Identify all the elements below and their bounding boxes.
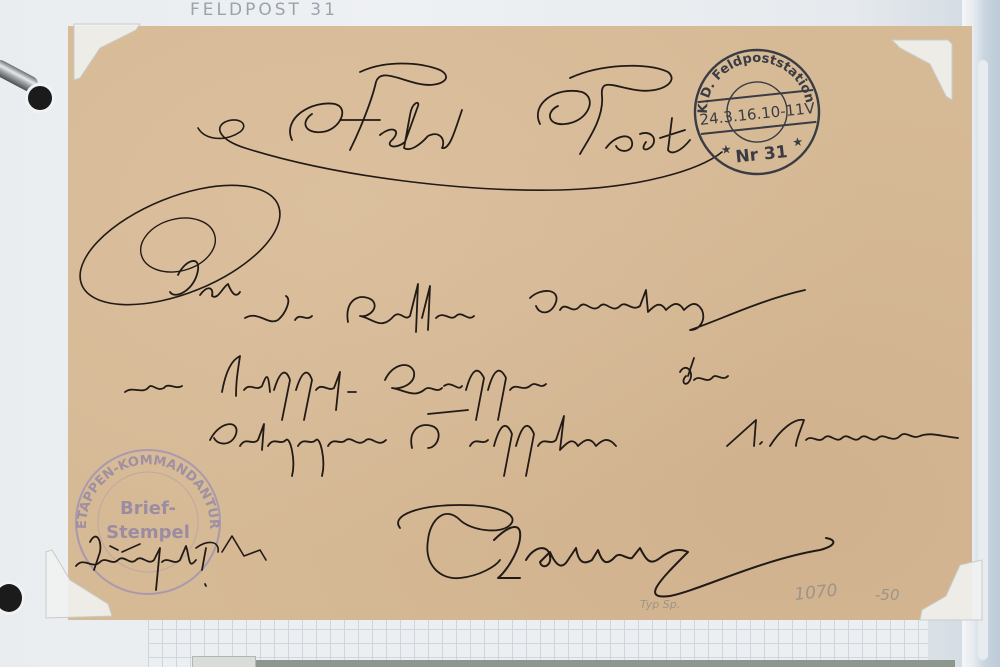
photo-corner-top-left xyxy=(74,24,140,80)
photo-corner-top-right xyxy=(892,40,952,100)
photo-corners xyxy=(0,0,1000,667)
photo-corner-bottom-left xyxy=(46,550,112,618)
photo-corner-bottom-right xyxy=(920,560,982,620)
